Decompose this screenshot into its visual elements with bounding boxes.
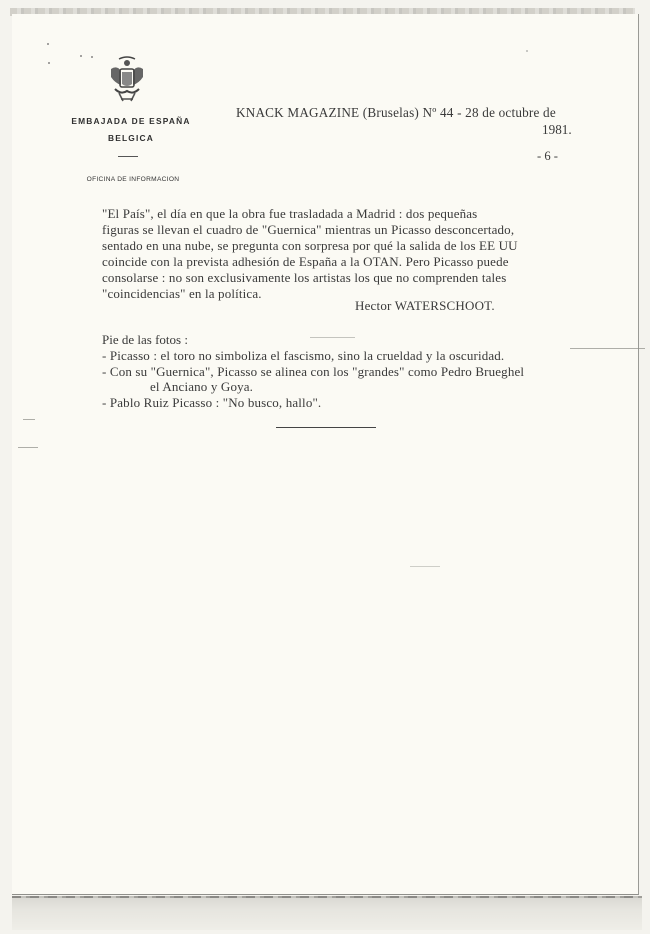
scan-speck [48, 62, 50, 64]
page-number: - 6 - [537, 149, 558, 164]
caption-item: - Picasso : el toro no simboliza el fasc… [102, 348, 504, 364]
spanish-coat-of-arms-icon [107, 55, 147, 105]
office-name: OFICINA DE INFORMACION [63, 176, 203, 183]
scan-mark [23, 419, 35, 420]
scan-speck [47, 43, 49, 45]
scan-speck [80, 55, 82, 57]
document-page [12, 14, 639, 895]
caption-item: - Con su "Guernica", Picasso se alinea c… [102, 364, 524, 380]
scan-mark [18, 447, 38, 448]
embassy-name: EMBAJADA DE ESPAÑA [56, 116, 206, 126]
embassy-country: BELGICA [56, 133, 206, 143]
caption-item: - Pablo Ruiz Picasso : "No busco, hallo"… [102, 395, 321, 411]
author-signature: Hector WATERSCHOOT. [355, 298, 495, 314]
scan-speck [526, 50, 528, 52]
letterhead-divider [118, 156, 138, 157]
body-paragraph: "El País", el día en que la obra fue tra… [102, 206, 622, 303]
caption-item-continuation: el Anciano y Goya. [150, 379, 253, 395]
captions-heading: Pie de las fotos : [102, 332, 188, 348]
scan-edge-bottom [12, 896, 642, 930]
scan-mark [310, 337, 355, 338]
source-citation-year: 1981. [542, 122, 572, 138]
scan-speck [91, 56, 93, 58]
scan-mark [570, 348, 645, 349]
end-divider [276, 427, 376, 428]
source-citation: KNACK MAGAZINE (Bruselas) Nº 44 - 28 de … [236, 105, 556, 121]
scan-mark [410, 566, 440, 567]
